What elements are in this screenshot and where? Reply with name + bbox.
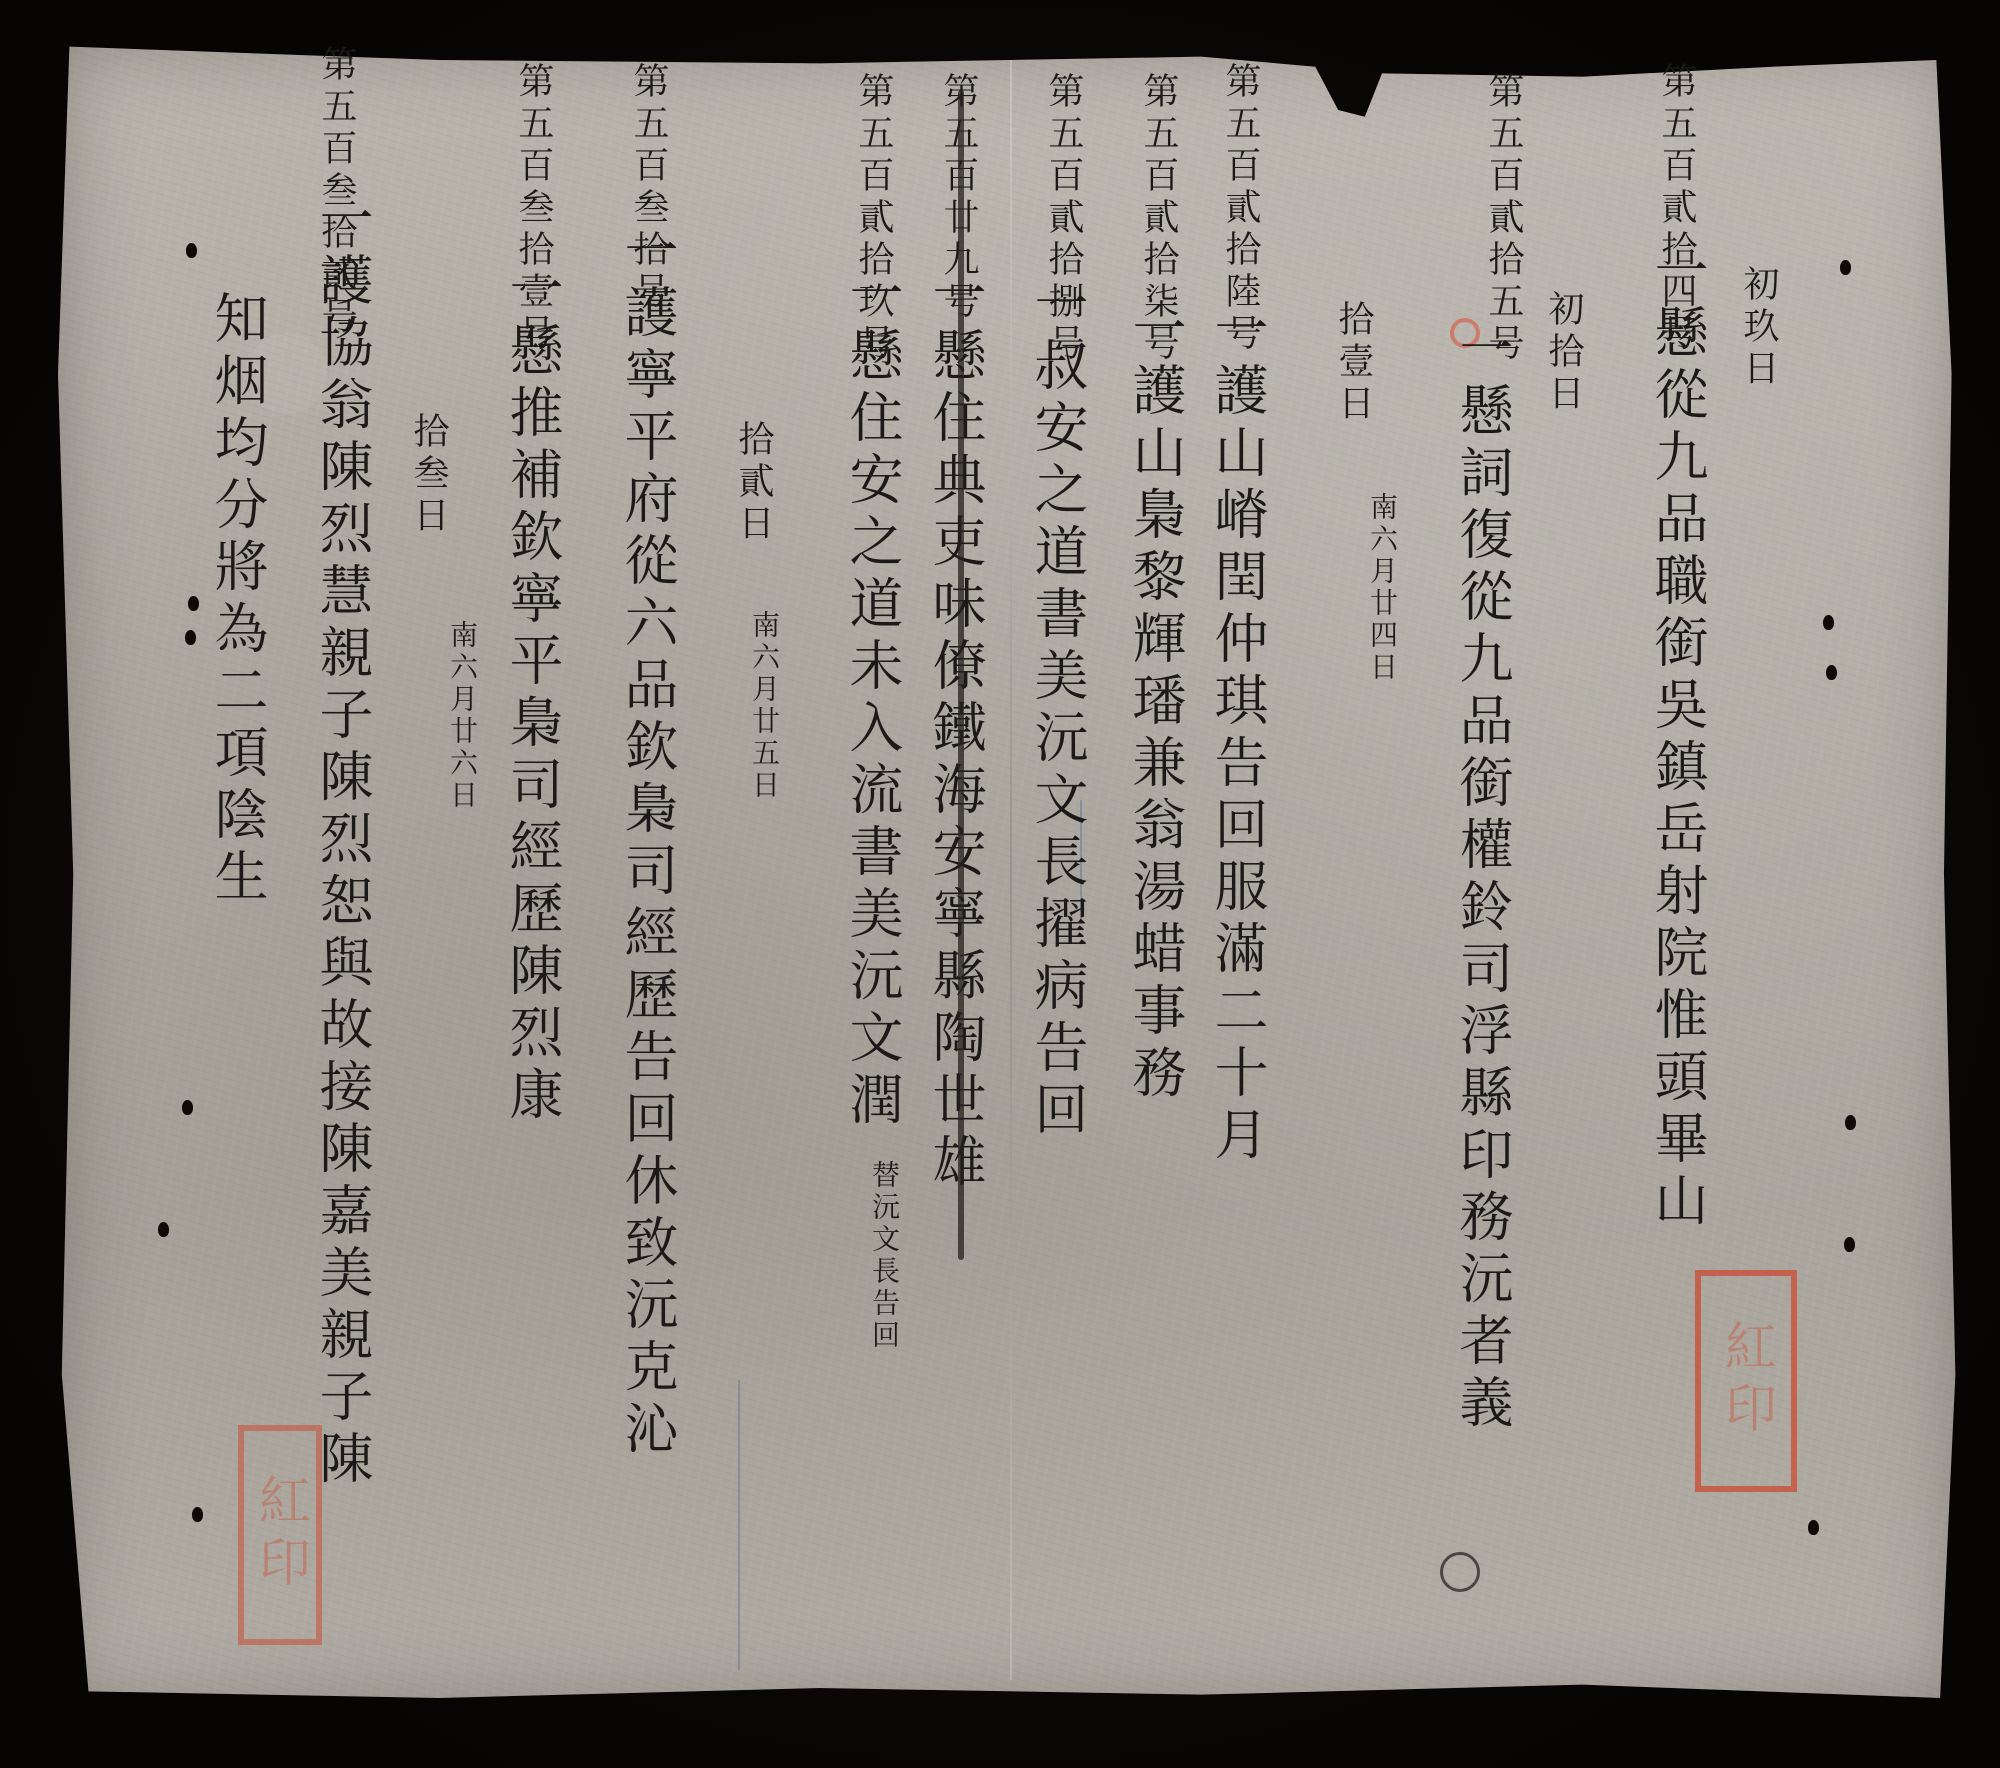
date-day-11: 拾壹日 <box>1335 300 1371 426</box>
entry-526-text: 一護山嵴閏仲琪告回服滿二十月 <box>1210 300 1264 1168</box>
entry-527-text: 一護山梟黎輝璠兼翁湯蜡事務 <box>1128 300 1182 1106</box>
binding-hole <box>185 630 196 645</box>
date-day-13: 拾叁日 <box>410 412 446 538</box>
date-southern-june-24: 南六月廿四日 <box>1368 492 1396 684</box>
strike-through-line <box>958 90 964 1260</box>
seal-label: 紅印 <box>243 1473 318 1597</box>
blue-pencil-mark <box>738 1380 740 1670</box>
binding-hole <box>1840 260 1851 275</box>
entry-532-continuation: 知烟均分將為二項陰生 <box>210 290 264 910</box>
binding-hole <box>192 1507 203 1522</box>
entry-529-note: 替沅文長告回 <box>870 1160 898 1352</box>
binding-hole <box>158 1222 169 1237</box>
date-southern-june-26: 南六月廿六日 <box>448 620 476 812</box>
binding-hole <box>1845 1115 1856 1130</box>
center-fold-line <box>1010 60 1012 1680</box>
circle-mark <box>1440 1552 1480 1592</box>
date-day-10: 初拾日 <box>1545 290 1581 416</box>
entry-530-text: 一護寧平府從六品欽梟司經歷告回休致沅克沁 <box>620 222 674 1462</box>
entry-531-text: 一懸推補欽寧平梟司經歷陳烈康 <box>505 260 559 1128</box>
binding-hole <box>182 1100 193 1115</box>
entry-524-text: 一懸從九品職銜吳鎮岳射院惟頭畢山 <box>1650 242 1704 1234</box>
entry-529-struck-text: 一懸住典吏味僚鐵海安寧縣陶世雄 <box>928 265 982 1195</box>
binding-hole <box>186 243 197 258</box>
seal-label: 紅印 <box>1709 1319 1784 1443</box>
entry-528-text: 一叔安之道書美沅文長擢病告回 <box>1030 275 1084 1143</box>
binding-hole <box>1844 1237 1855 1252</box>
date-southern-june-25: 南六月廿五日 <box>750 610 778 802</box>
date-day-12: 拾貳日 <box>735 420 771 546</box>
binding-hole <box>1823 615 1834 630</box>
red-seal-left: 紅印 <box>238 1425 322 1645</box>
date-day-9: 初玖日 <box>1740 265 1776 391</box>
entry-529-text: 一懸住安之道未入流書美沅文潤 <box>845 265 899 1133</box>
binding-hole <box>188 596 199 611</box>
red-seal-right: 紅印 <box>1695 1270 1797 1492</box>
binding-hole <box>1808 1520 1819 1535</box>
entry-532-text: 一護協翁陳烈慧親子陳烈恕與故接陳嘉美親子陳 <box>315 190 369 1492</box>
entry-525-text: 一懸詞復從九品銜權鈴司浮縣印務沅者義 <box>1455 320 1509 1436</box>
binding-hole <box>1826 665 1837 680</box>
